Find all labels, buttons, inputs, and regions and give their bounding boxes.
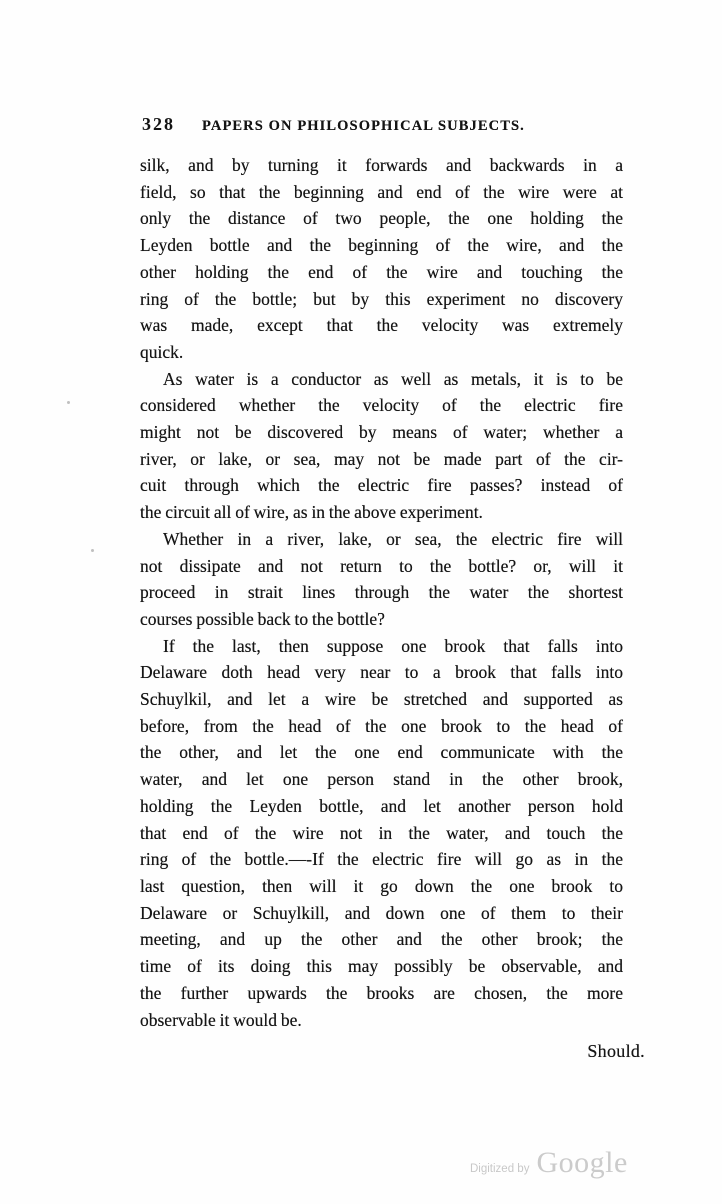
text-line: the circuit all of wire, as in the above…	[140, 499, 623, 526]
text-line: Whether in a river, lake, or sea, the el…	[140, 526, 623, 553]
text-line: before, from the head of the one brook t…	[140, 713, 623, 740]
text-line: proceed in strait lines through the wate…	[140, 579, 623, 606]
watermark-prefix-text: Digitized by	[470, 1163, 529, 1175]
page-header: 328 PAPERS ON PHILOSOPHICAL SUBJECTS.	[142, 114, 624, 135]
text-line: field, so that the beginning and end of …	[140, 179, 623, 206]
text-line: ring of the bottle.—-If the electric fir…	[140, 846, 623, 873]
text-line: quick.	[140, 339, 623, 366]
text-line: ring of the bottle; but by this experime…	[140, 286, 623, 313]
text-line: Schuylkil, and let a wire be stretched a…	[140, 686, 623, 713]
text-line: considered whether the velocity of the e…	[140, 392, 623, 419]
text-line: only the distance of two people, the one…	[140, 205, 623, 232]
text-line: river, or lake, or sea, may not be made …	[140, 446, 623, 473]
text-line: last question, then will it go down the …	[140, 873, 623, 900]
text-line: the further upwards the brooks are chose…	[140, 980, 623, 1007]
text-line: time of its doing this may possibly be o…	[140, 953, 623, 980]
text-line: other holding the end of the wire and to…	[140, 259, 623, 286]
text-line: not dissipate and not return to the bott…	[140, 553, 623, 580]
body-text: silk, and by turning it forwards and bac…	[140, 152, 623, 1033]
digitized-watermark: Digitized by Google	[470, 1146, 628, 1180]
book-page: 328 PAPERS ON PHILOSOPHICAL SUBJECTS. si…	[0, 0, 722, 1204]
text-line: might not be discovered by means of wate…	[140, 419, 623, 446]
text-line: silk, and by turning it forwards and bac…	[140, 152, 623, 179]
text-line: that end of the wire not in the water, a…	[140, 820, 623, 847]
scan-speck	[91, 549, 94, 552]
text-line: meeting, and up the other and the other …	[140, 926, 623, 953]
text-line: was made, except that the velocity was e…	[140, 312, 623, 339]
text-line: cuit through which the electric fire pas…	[140, 472, 623, 499]
text-line: courses possible back to the bottle?	[140, 606, 623, 633]
text-line: As water is a conductor as well as metal…	[140, 366, 623, 393]
text-line: Delaware or Schuylkill, and down one of …	[140, 900, 623, 927]
scan-speck	[67, 401, 70, 404]
text-line: Leyden bottle and the beginning of the w…	[140, 232, 623, 259]
text-line: observable it would be.	[140, 1007, 623, 1034]
page-number: 328	[142, 114, 175, 135]
running-title: PAPERS ON PHILOSOPHICAL SUBJECTS.	[202, 118, 525, 135]
catchword: Should.	[440, 1041, 645, 1062]
text-line: Delaware doth head very near to a brook …	[140, 659, 623, 686]
google-logo: Google	[536, 1146, 627, 1180]
text-line: the other, and let the one end communica…	[140, 739, 623, 766]
text-line: holding the Leyden bottle, and let anoth…	[140, 793, 623, 820]
text-line: water, and let one person stand in the o…	[140, 766, 623, 793]
text-line: If the last, then suppose one brook that…	[140, 633, 623, 660]
